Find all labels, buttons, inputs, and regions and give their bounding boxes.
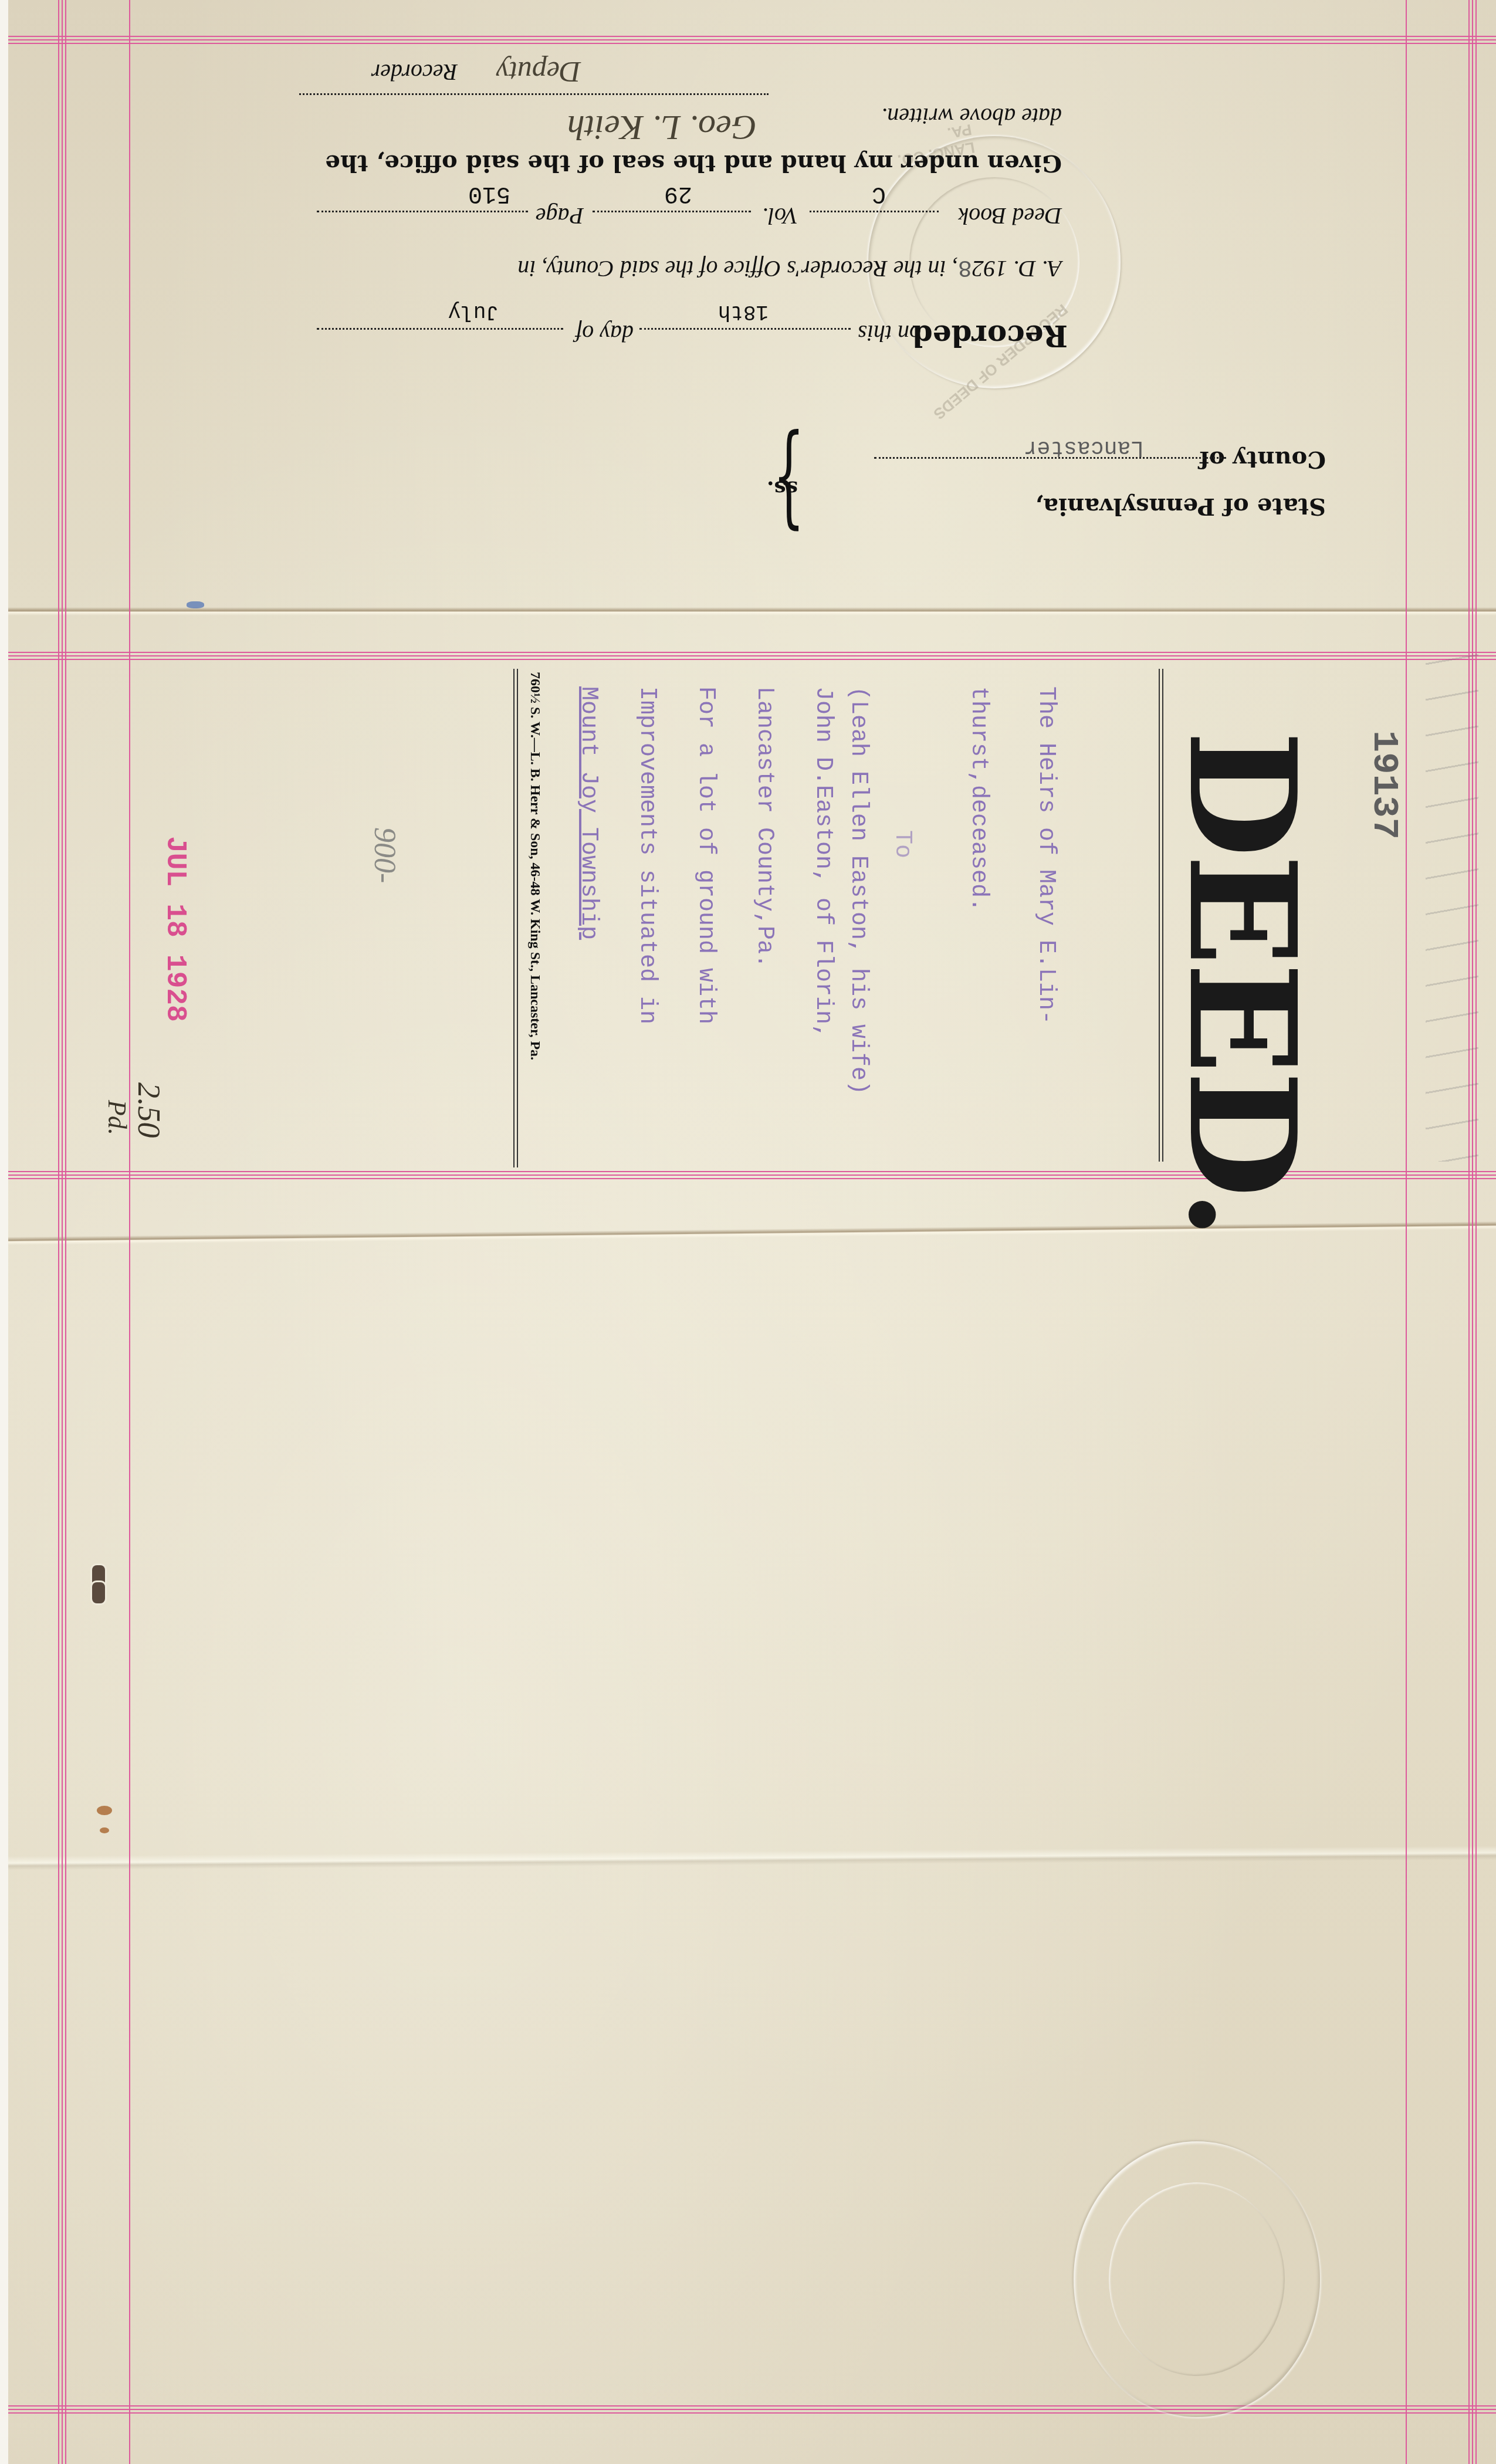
page-dotted-line [317, 211, 528, 212]
month-dotted-line [317, 328, 563, 330]
fold-crease-upper [8, 607, 1496, 615]
month-value: July [448, 300, 499, 324]
deed-book-dotted-line [810, 211, 939, 212]
recording-date-stamp: JUL 18 1928 [159, 836, 191, 1022]
ruling-left-2 [62, 0, 63, 2464]
day-of-label: day of [576, 320, 634, 347]
given-line: Given under my hand and the seal of the … [325, 150, 1062, 177]
page-label: Page [536, 202, 584, 230]
pencil-scrawl-margin [1426, 645, 1478, 1162]
pencil-note: 900- [367, 827, 402, 883]
county-value: Lancaster [1024, 435, 1144, 460]
ad-suffix: , in the Recorder's Office of the said C… [517, 256, 957, 282]
ruling-left-1 [58, 0, 59, 2464]
deed-rule-left-2 [517, 669, 518, 1167]
grantee-line-1: (Leah Ellen Easton, his wife) [845, 686, 871, 1095]
ruling-bottom-2 [8, 2409, 1496, 2410]
ruling-bottom-3 [8, 2412, 1496, 2414]
ruling-right-margin [1406, 0, 1407, 2464]
deed-rule-left-1 [513, 669, 515, 1167]
grantee-line-3: Lancaster County,Pa. [751, 686, 777, 968]
recorder-signature: Geo. L. Keith [567, 107, 757, 148]
ruling-left-3 [65, 0, 66, 2464]
ruling-top-2 [8, 39, 1496, 40]
date-above-written: date above written. [881, 103, 1062, 130]
vol-value: 29 [664, 180, 692, 207]
ad-prefix: A. D. 192 [972, 256, 1062, 282]
staple-hole-lower [92, 1582, 105, 1603]
day-value: 18th [718, 300, 769, 324]
fee-note: 2.50 [131, 1082, 167, 1138]
description-line-3: Mount Joy Township [575, 686, 601, 940]
page-value: 510 [468, 180, 510, 207]
ruling-deed-top-2 [8, 655, 1496, 656]
ad-line: A. D. 1928, in the Recorder's Office of … [517, 253, 1062, 283]
grantor-line-2: thurst,deceased. [965, 686, 991, 912]
ruling-right-2 [1472, 0, 1473, 2464]
recorded-label: Recorded [912, 319, 1068, 353]
to-label: To [889, 830, 915, 858]
vol-dotted-line [593, 211, 751, 212]
deed-serial-number: 19137 [1363, 730, 1405, 840]
grantor-line-1: The Heirs of Mary E.Lin- [1033, 686, 1059, 1024]
deed-book-value: C [872, 180, 886, 207]
ruling-top-1 [8, 36, 1496, 37]
county-label: County of [1199, 446, 1326, 473]
printer-imprint: 760½ S. W.—L. B. Herr & Son, 46-48 W. Ki… [527, 672, 543, 1060]
seal-bottom-inner-ring [1109, 2182, 1285, 2376]
ruling-left-margin [129, 0, 130, 2464]
deed-book-label: Deed Book [958, 202, 1062, 230]
given-line-text: Given under my hand and the seal of the … [325, 150, 1062, 177]
year-suffix-value: 8 [958, 253, 972, 280]
ruling-bottom-1 [8, 2405, 1496, 2407]
deputy-note: Deputy [496, 55, 581, 89]
blue-ink-mark [187, 601, 204, 608]
deed-title: DEED. [1156, 730, 1329, 1237]
ruling-right-1 [1468, 0, 1470, 2464]
on-this-label: on this [858, 320, 921, 347]
description-line-2: Improvements situated in [634, 686, 660, 1024]
ruling-deed-top-1 [8, 652, 1496, 653]
vol-label: Vol. [762, 202, 798, 230]
ss-label: ss. [767, 476, 798, 501]
embossed-seal-bottom [1074, 2141, 1320, 2417]
deed-endorsement-panel: DEED. The Heirs of Mary E.Lin- thurst,de… [138, 660, 1405, 1170]
ruling-right-3 [1475, 0, 1477, 2464]
day-dotted-line [639, 328, 851, 330]
paid-note: Pd. [102, 1100, 132, 1135]
rust-spot-2 [100, 1827, 109, 1833]
recorder-label: Recorder [371, 59, 458, 86]
state-label: State of Pennsylvania, [1035, 493, 1326, 520]
rust-spot-1 [97, 1806, 112, 1815]
description-line-1: For a lot of ground with [692, 686, 719, 1024]
grantee-line-2: John D.Easton, of Florin, [810, 686, 836, 1038]
recording-certificate: State of Pennsylvania, County of Lancast… [135, 42, 1402, 600]
signature-dotted-line [299, 93, 769, 95]
